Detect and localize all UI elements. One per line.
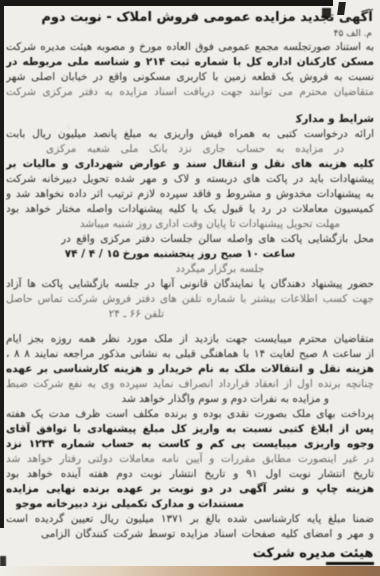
- text-line: جهت کسب اطلاعات بیشتر با شماره تلفن های …: [6, 292, 374, 307]
- text-line: مستندات و مدارک تکمیلی نزد دبیرخانه موجو…: [16, 497, 244, 512]
- scanned-notice-page: آگهی تجدید مزایده عمومی فروش املاک - نوب…: [0, 0, 380, 576]
- text-line: از ساعت ۸ صبح لغایت ۱۴ با هماهنگی قبلی ب…: [6, 347, 374, 362]
- text-line: کلیه هزینه های نقل و انتقال سند و عوارض …: [6, 157, 374, 172]
- text-line: و مهر و امضای کلیه صفحات اسناد مزایده تو…: [41, 527, 374, 542]
- scan-top-border: [0, 0, 333, 6]
- text-line: جلسه برگزار میگردد: [66, 262, 374, 277]
- text-line: هزینه نقل و انتقالات ملک به نام خریدار و…: [6, 362, 374, 377]
- text-line: چنانچه برنده اول از انعقاد قرارداد انصرا…: [6, 377, 374, 392]
- notice-content: آگهی تجدید مزایده عمومی فروش املاک - نوب…: [6, 8, 374, 565]
- scan-left-border: [0, 0, 4, 528]
- signature-underline: [326, 562, 374, 565]
- notice-title: آگهی تجدید مزایده عمومی فروش املاک - نوب…: [6, 8, 374, 28]
- text-line: متقاضیان محترم می توانند جهت دریافت اسنا…: [6, 85, 374, 100]
- text-line: محل بازگشایی پاکت های واصله سالن جلسات د…: [61, 232, 374, 247]
- text-line: تاریخ انتشار نوبت اول ۹۱ و تاریخ انتشار …: [6, 467, 374, 482]
- scanner-edge-band: [0, 566, 380, 576]
- text-line: پیشنهادات باید در پاکت های دربسته و لاک …: [6, 172, 374, 187]
- text-line: به پیشنهادات مخدوش و مشروط و فاقد سپرده …: [6, 187, 374, 202]
- text-line: ضمنا مبلغ پایه کارشناسی شده بالغ بر ۱۳۷۱…: [6, 512, 374, 527]
- document-lines: به استناد صورتجلسه مجمع عمومی فوق العاده…: [6, 40, 374, 542]
- text-line: ارائه درخواست کتبی به همراه فیش واریزی ب…: [6, 127, 374, 142]
- text-line: پرداخت بهای ملک بصورت نقدی بوده و برنده …: [6, 407, 374, 422]
- text-line: مسکن کارکنان اداره کل با شماره ثبت ۲۱۴ و…: [6, 55, 374, 70]
- text-line: در غیر اینصورت مطابق مقررات و آیین نامه …: [6, 452, 374, 467]
- text-line: مهلت تحویل پیشنهادات تا پایان وقت اداری …: [66, 217, 340, 232]
- notice-stamp: م. الف ۴۵: [6, 28, 374, 40]
- text-line: کمیسیون معاملات در رد یا قبول یک یا کلیه…: [6, 202, 374, 217]
- text-line: پس از ابلاغ کتبی نسبت به واریز کل مبلغ پ…: [6, 422, 374, 437]
- text-line: متقاضیان محترم میبایست جهت بازدید از ملک…: [6, 332, 374, 347]
- text-line: ساعت ۱۰ صبح روز پنجشنبه مورخ ۱۵ / ۴ / ۷۴: [26, 247, 334, 262]
- text-line: حضور پیشنهاد دهندگان یا نمایندگان قانونی…: [6, 277, 374, 292]
- text-line: در مزایده به حساب جاری نزد بانک ملی شعبه…: [46, 142, 344, 157]
- notice-signature: هیئت مدیره شرکت: [252, 545, 374, 562]
- text-line: شرایط و مدارک لازم: [296, 112, 374, 127]
- text-line: وجوه واریزی میبایست بی کم و کاست به حساب…: [6, 437, 374, 452]
- text-line: و مزایده به نفرات دوم و سوم واگذار خواهد…: [91, 392, 329, 407]
- text-line: هزینه چاپ و نشر آگهی در دو نوبت بر عهده …: [6, 482, 374, 497]
- text-line: به استناد صورتجلسه مجمع عمومی فوق العاده…: [6, 40, 374, 55]
- text-line: تلفن ۶۶ ـ ۲۴: [61, 307, 164, 322]
- text-line: نسبت به فروش یک قطعه زمین با کاربری مسکو…: [6, 70, 374, 85]
